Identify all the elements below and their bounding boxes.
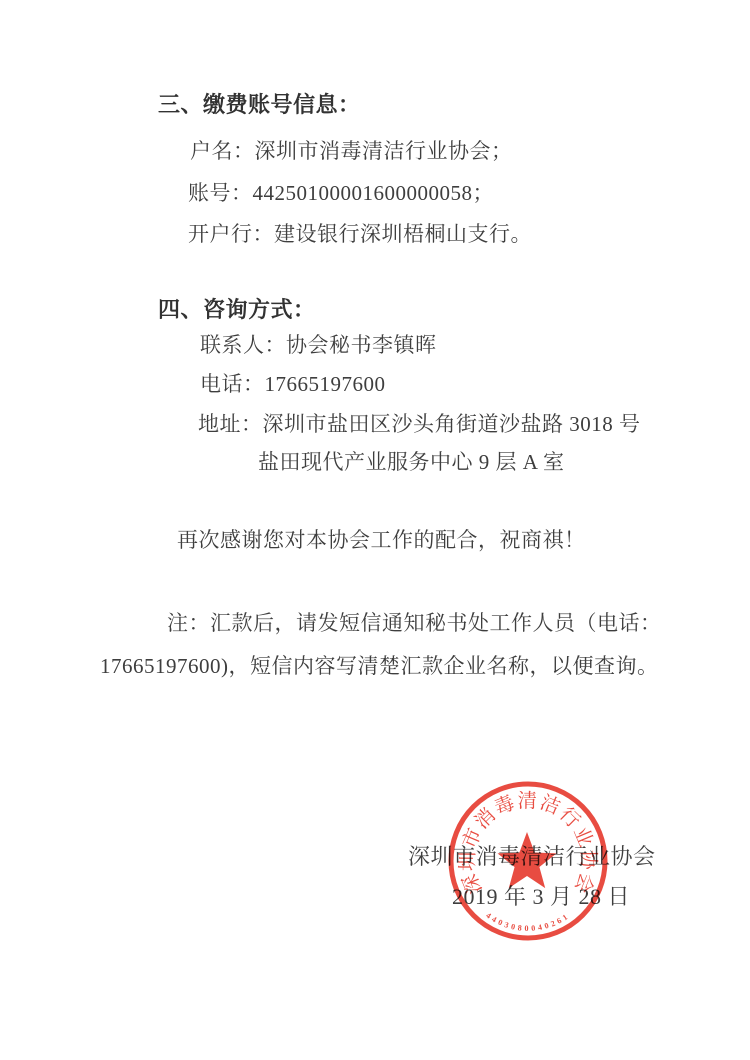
account-holder-line: 户名：深圳市消毒清洁行业协会； bbox=[190, 139, 513, 163]
closing-line: 再次感谢您对本协会工作的配合，祝商祺！ bbox=[177, 528, 586, 552]
seal-star-icon bbox=[498, 832, 557, 888]
bank-branch-line: 开户行：建设银行深圳梧桐山支行。 bbox=[188, 222, 532, 246]
section-contact-heading: 四、咨询方式： bbox=[158, 297, 316, 322]
account-number-line: 账号：44250100001600000058； bbox=[188, 181, 494, 205]
note-line-2: 17665197600)，短信内容写清楚汇款企业名称，以便查询。 bbox=[100, 654, 659, 678]
document-page: 三、缴费账号信息： 户名：深圳市消毒清洁行业协会； 账号：44250100001… bbox=[0, 0, 750, 1060]
section-payment-heading: 三、缴费账号信息： bbox=[158, 92, 361, 117]
address-line-1: 地址：深圳市盐田区沙头角街道沙盐路 3018 号 bbox=[198, 412, 641, 436]
note-line-1: 注：汇款后，请发短信通知秘书处工作人员（电话： bbox=[167, 611, 662, 635]
official-seal: 深圳市消毒清洁行业协会 4403080040261 bbox=[448, 781, 608, 941]
contact-person-line: 联系人：协会秘书李镇晖 bbox=[200, 333, 437, 357]
address-line-2: 盐田现代产业服务中心 9 层 A 室 bbox=[258, 450, 565, 474]
phone-line: 电话：17665197600 bbox=[200, 372, 386, 396]
